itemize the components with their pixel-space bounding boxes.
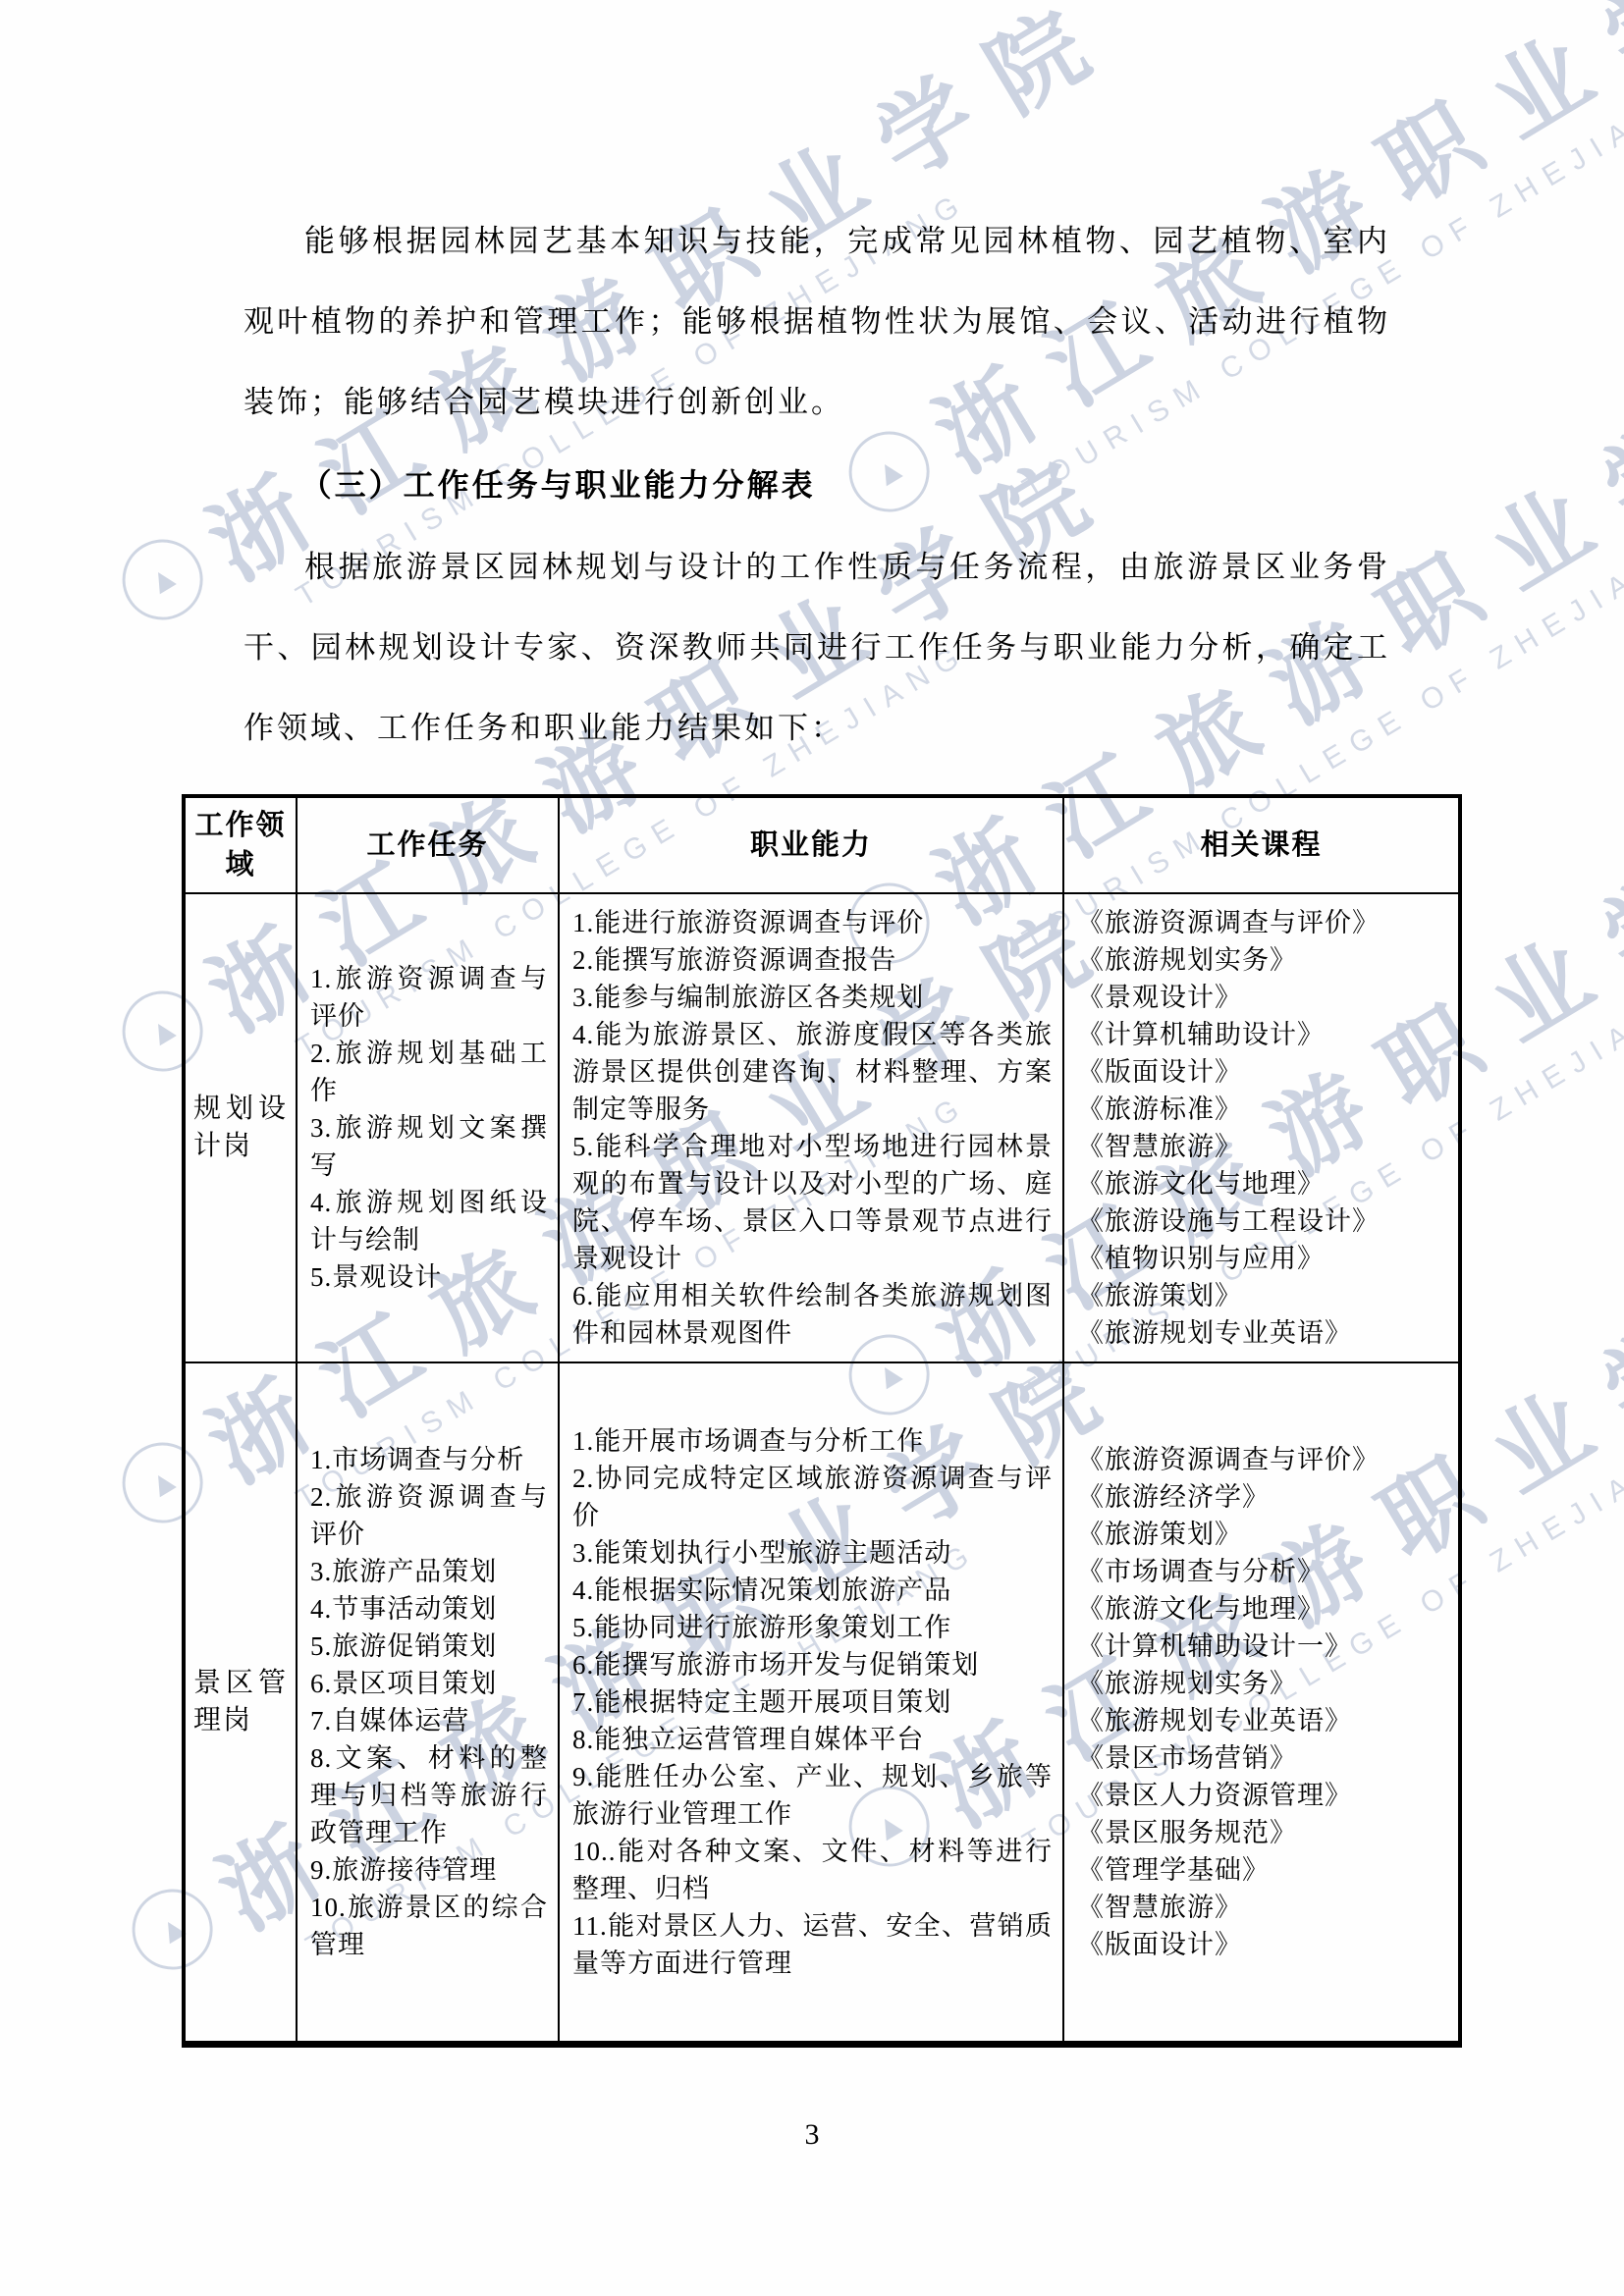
cell-line: 1.能进行旅游资源调查与评价 — [572, 904, 1053, 941]
cell-line: 《景区服务规范》 — [1077, 1814, 1448, 1851]
cell-line: 《智慧旅游》 — [1077, 1889, 1448, 1926]
header-vocational-ability: 职业能力 — [559, 796, 1063, 893]
header-related-courses: 相关课程 — [1063, 796, 1460, 893]
cell-line: 8.能独立运营管理自媒体平台 — [572, 1721, 1053, 1758]
cell-line: 《旅游规划专业英语》 — [1077, 1702, 1448, 1739]
cell-line: 4.节事活动策划 — [310, 1590, 548, 1628]
cell-line: 6.景区项目策划 — [310, 1665, 548, 1702]
cell-line: 《植物识别与应用》 — [1077, 1240, 1448, 1277]
cell-line: 《智慧旅游》 — [1077, 1128, 1448, 1165]
cell-line: 《旅游文化与地理》 — [1077, 1165, 1448, 1202]
cell-line: 《景观设计》 — [1077, 979, 1448, 1016]
cell-line: 10..能对各种文案、文件、材料等进行整理、归档 — [572, 1833, 1053, 1907]
cell-line: 《版面设计》 — [1077, 1926, 1448, 1963]
cell-line: 7.能根据特定主题开展项目策划 — [572, 1683, 1053, 1721]
cell-line: 3.能策划执行小型旅游主题活动 — [572, 1534, 1053, 1572]
cell-line: 1.市场调查与分析 — [310, 1441, 548, 1478]
cell-line: 《旅游资源调查与评价》 — [1077, 1441, 1448, 1478]
cell-line: 5.景观设计 — [310, 1258, 548, 1296]
cell-line: 5.能科学合理地对小型场地进行园林景观的布置与设计以及对小型的广场、庭院、停车场… — [572, 1128, 1053, 1277]
document-page: ▲ 浙江旅游职业学院 TOURISM COLLEGE OF ZHEJIANG ▲… — [0, 0, 1624, 2296]
cell-line: 1.旅游资源调查与评价 — [310, 960, 548, 1035]
cell-line: 《景区市场营销》 — [1077, 1739, 1448, 1777]
page-number: 3 — [0, 2118, 1624, 2152]
cell-line: 《旅游规划专业英语》 — [1077, 1314, 1448, 1352]
cell-line: 《旅游经济学》 — [1077, 1478, 1448, 1516]
header-work-field: 工作领域 — [184, 796, 297, 893]
cell-work-field: 规划设计岗 — [184, 893, 297, 1362]
cell-line: 9.旅游接待管理 — [310, 1851, 548, 1889]
cell-line: 4.旅游规划图纸设计与绘制 — [310, 1184, 548, 1258]
cell-line: 《管理学基础》 — [1077, 1851, 1448, 1889]
cell-line: 《版面设计》 — [1077, 1053, 1448, 1091]
cell-line: 9.能胜任办公室、产业、规划、乡旅等旅游行业管理工作 — [572, 1758, 1053, 1833]
cell-vocational-abilities: 1.能进行旅游资源调查与评价2.能撰写旅游资源调查报告3.能参与编制旅游区各类规… — [559, 893, 1063, 1362]
cell-line: 《旅游文化与地理》 — [1077, 1590, 1448, 1628]
cell-line: 2.协同完成特定区域旅游资源调查与评价 — [572, 1460, 1053, 1534]
header-work-task: 工作任务 — [297, 796, 559, 893]
cell-line: 《景区人力资源管理》 — [1077, 1777, 1448, 1814]
cell-line: 《旅游标准》 — [1077, 1091, 1448, 1128]
cell-line: 4.能根据实际情况策划旅游产品 — [572, 1572, 1053, 1609]
cell-line: 7.自媒体运营 — [310, 1702, 548, 1739]
table-row-scenic-management: 景区管理岗 1.市场调查与分析2.旅游资源调查与评价3.旅游产品策划4.节事活动… — [184, 1362, 1460, 2044]
cell-line: 10.旅游景区的综合管理 — [310, 1889, 548, 1963]
cell-line: 《旅游资源调查与评价》 — [1077, 904, 1448, 941]
cell-line: 1.能开展市场调查与分析工作 — [572, 1422, 1053, 1460]
cell-line: 《计算机辅助设计一》 — [1077, 1628, 1448, 1665]
cell-line: 《市场调查与分析》 — [1077, 1553, 1448, 1590]
cell-line: 6.能撰写旅游市场开发与促销策划 — [572, 1646, 1053, 1683]
cell-work-tasks: 1.市场调查与分析2.旅游资源调查与评价3.旅游产品策划4.节事活动策划5.旅游… — [297, 1362, 559, 2044]
cell-line: 《旅游设施与工程设计》 — [1077, 1202, 1448, 1240]
cell-line: 2.旅游规划基础工作 — [310, 1035, 548, 1109]
table-row-planning-design: 规划设计岗 1.旅游资源调查与评价2.旅游规划基础工作3.旅游规划文案撰写4.旅… — [184, 893, 1460, 1362]
cell-line: 4.能为旅游景区、旅游度假区等各类旅游景区提供创建咨询、材料整理、方案制定等服务 — [572, 1016, 1053, 1128]
intro-paragraph-2: 根据旅游景区园林规划与设计的工作性质与任务流程，由旅游景区业务骨干、园林规划设计… — [244, 527, 1390, 769]
cell-line: 5.能协同进行旅游形象策划工作 — [572, 1609, 1053, 1646]
cell-work-tasks: 1.旅游资源调查与评价2.旅游规划基础工作3.旅游规划文案撰写4.旅游规划图纸设… — [297, 893, 559, 1362]
cell-related-courses: 《旅游资源调查与评价》《旅游规划实务》《景观设计》《计算机辅助设计》《版面设计》… — [1063, 893, 1460, 1362]
cell-line: 3.旅游产品策划 — [310, 1553, 548, 1590]
cell-work-field: 景区管理岗 — [184, 1362, 297, 2044]
document-content: 能够根据园林园艺基本知识与技能，完成常见园林植物、园艺植物、室内观叶植物的养护和… — [0, 0, 1624, 2048]
cell-line: 《计算机辅助设计》 — [1077, 1016, 1448, 1053]
cell-line: 《旅游规划实务》 — [1077, 941, 1448, 979]
cell-vocational-abilities: 1.能开展市场调查与分析工作2.协同完成特定区域旅游资源调查与评价3.能策划执行… — [559, 1362, 1063, 2044]
section-heading: （三）工作任务与职业能力分解表 — [244, 443, 1390, 527]
cell-line: 3.旅游规划文案撰写 — [310, 1109, 548, 1184]
intro-paragraph-1: 能够根据园林园艺基本知识与技能，完成常见园林植物、园艺植物、室内观叶植物的养护和… — [244, 201, 1390, 443]
cell-line: 11.能对景区人力、运营、安全、营销质量等方面进行管理 — [572, 1907, 1053, 1982]
task-ability-table: 工作领域 工作任务 职业能力 相关课程 规划设计岗 1.旅游资源调查与评价2.旅… — [182, 794, 1462, 2048]
cell-line: 2.旅游资源调查与评价 — [310, 1478, 548, 1553]
cell-line: 8.文案、材料的整理与归档等旅游行政管理工作 — [310, 1739, 548, 1851]
cell-line: 3.能参与编制旅游区各类规划 — [572, 979, 1053, 1016]
cell-line: 5.旅游促销策划 — [310, 1628, 548, 1665]
cell-line: 《旅游策划》 — [1077, 1277, 1448, 1314]
table-header-row: 工作领域 工作任务 职业能力 相关课程 — [184, 796, 1460, 893]
cell-related-courses: 《旅游资源调查与评价》《旅游经济学》《旅游策划》《市场调查与分析》《旅游文化与地… — [1063, 1362, 1460, 2044]
cell-line: 2.能撰写旅游资源调查报告 — [572, 941, 1053, 979]
cell-line: 6.能应用相关软件绘制各类旅游规划图件和园林景观图件 — [572, 1277, 1053, 1352]
cell-line: 《旅游策划》 — [1077, 1516, 1448, 1553]
cell-line: 《旅游规划实务》 — [1077, 1665, 1448, 1702]
